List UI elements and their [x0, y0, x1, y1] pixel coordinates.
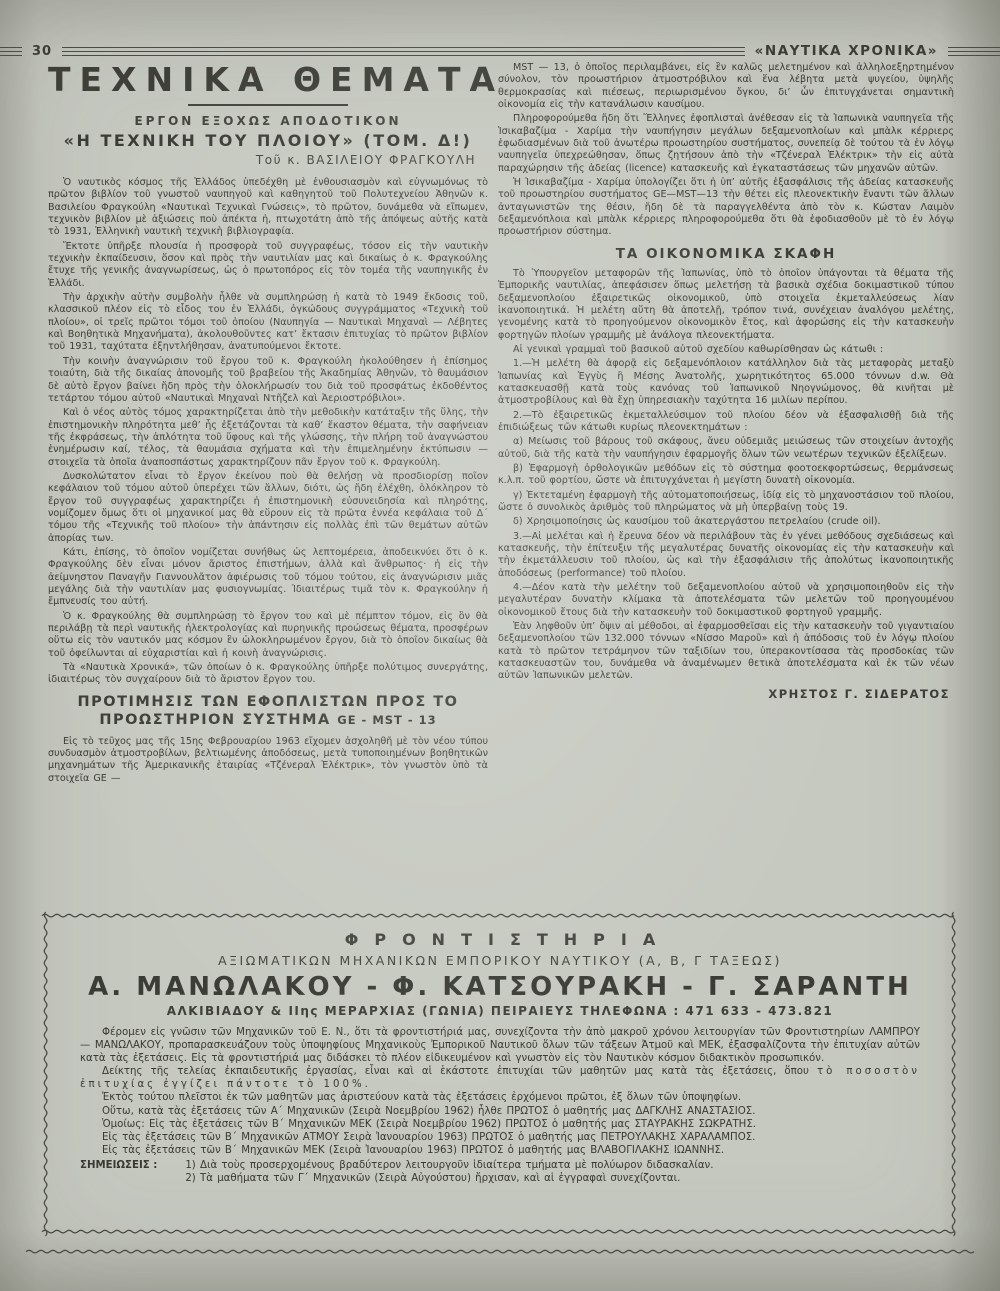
article-paragraph: Ἐὰν ληφθοῦν ὑπ’ ὄψιν αἱ μέθοδοι, αἱ ἐφαρ… — [498, 621, 954, 683]
article-paragraph: Κάτι, ἐπίσης, τὸ ὁποῖον νομίζεται συνήθω… — [48, 547, 488, 609]
article-paragraph: MST — 13, ὁ ὁποῖος περιλαμβάνει, εἰς ἓν … — [498, 62, 954, 111]
ad-border-right — [950, 912, 958, 1236]
header-rule-left — [0, 47, 22, 56]
header-rule-right — [948, 47, 1000, 56]
magazine-page: 30 «ΝΑΥΤΙΚΑ ΧΡΟΝΙΚΑ» ΤΕΧΝΙΚΑ ΘΕΜΑΤΑ ΕΡΓΟ… — [0, 0, 1000, 1291]
ad-subtitle: ΑΞΙΩΜΑΤΙΚΩΝ ΜΗΧΑΝΙΚΩΝ ΕΜΠΟΡΙΚΟΥ ΝΑΥΤΙΚΟΥ… — [80, 953, 920, 968]
system-code: GE - MST - 13 — [337, 713, 436, 727]
article-paragraph: Δυσκολώτατον εἶναι τὸ ἔργον ἐκείνου ποὺ … — [48, 471, 488, 545]
ad-border-top — [42, 912, 958, 920]
article-paragraph: δ) Χρησιμοποίησις ὡς καυσίμου τοῦ ἀκατερ… — [498, 516, 954, 528]
ad-border-left — [42, 912, 50, 1236]
ad-paragraph: Εἰς τὰς ἐξετάσεις τῶν Β΄ Μηχανικῶν ΜΕΚ (… — [80, 1144, 920, 1157]
ad-header: ΦΡΟΝΤΙΣΤΗΡΙΑ ΑΞΙΩΜΑΤΙΚΩΝ ΜΗΧΑΝΙΚΩΝ ΕΜΠΟΡ… — [80, 930, 920, 1018]
ad-title: ΦΡΟΝΤΙΣΤΗΡΙΑ — [80, 930, 920, 949]
article-paragraph: γ) Ἐκτεταμένη ἐφαρμογὴ τῆς αὐτοματοποιήσ… — [498, 490, 954, 515]
ad-content: ΦΡΟΝΤΙΣΤΗΡΙΑ ΑΞΙΩΜΑΤΙΚΩΝ ΜΗΧΑΝΙΚΩΝ ΕΜΠΟΡ… — [54, 920, 946, 1228]
article-paragraph: Πληροφορούμεθα ἤδη ὅτι Ἕλληνες ἐφοπλιστα… — [498, 113, 954, 175]
ad-notes: ΣΗΜΕΙΩΣΕΙΣ : 1) Διὰ τοὺς προσερχομένους … — [80, 1159, 920, 1185]
running-head: 30 «ΝΑΥΤΙΚΑ ΧΡΟΝΙΚΑ» — [0, 42, 1000, 60]
left-column: ΤΕΧΝΙΚΑ ΘΕΜΑΤΑ ΕΡΓΟΝ ΕΞΟΧΩΣ ΑΠΟΔΟΤΙΚΟΝ «… — [48, 60, 488, 787]
ad-paragraph: Οὕτω, κατὰ τὰς ἐξετάσεις τῶν Α΄ Μηχανικῶ… — [80, 1105, 920, 1118]
article-paragraph: 2.—Τὸ ἐξαιρετικῶς ἐκμεταλλεύσιμον τοῦ πλ… — [498, 410, 954, 435]
ad-paragraph: Εἰς τὰς ἐξετάσεις τῶν Β΄ Μηχανικῶν ΑΤΜΟΥ… — [80, 1131, 920, 1144]
ad-address-phones: ΑΛΚΙΒΙΑΔΟΥ & ΙΙης ΜΕΡΑΡΧΙΑΣ (ΓΩΝΙΑ) ΠΕΙΡ… — [80, 1004, 920, 1018]
article-paragraph: Τὴν ἀρχικὴν αὐτὴν συμβολὴν ἦλθε νὰ συμπλ… — [48, 292, 488, 354]
article-paragraph: 4.—Δέον κατὰ τὴν μελέτην τοῦ δεξαμενοπλο… — [498, 582, 954, 619]
ad-paragraph: Δείκτης τῆς τελείας ἐκπαιδευτικῆς ἐργασί… — [80, 1065, 920, 1091]
ad-paragraph: Ἐκτὸς τούτου πλεῖστοι ἐκ τῶν μαθητῶν μας… — [80, 1091, 920, 1104]
article-paragraph: Ὁ κ. Φραγκούλης θὰ συμπληρώσῃ τὸ ἔργον τ… — [48, 611, 488, 660]
article-paragraph: Ὁ ναυτικὸς κόσμος τῆς Ἑλλάδος ὑπεδέχθη μ… — [48, 177, 488, 239]
magazine-masthead: «ΝΑΥΤΙΚΑ ΧΡΟΝΙΚΑ» — [755, 43, 938, 59]
article-byline: Τοῦ κ. ΒΑΣΙΛΕΙΟΥ ΦΡΑΓΚΟΥΛΗ — [48, 153, 488, 167]
ad-note: 1) Διὰ τοὺς προσερχομένους βραδύτερον λε… — [163, 1159, 713, 1172]
bottom-wavy-rule — [26, 1248, 974, 1256]
article-paragraph: Ἡ Ἰσικαβαζίμα - Χαρίμα ὑπολογίζει ὅτι ἡ … — [498, 177, 954, 239]
article-kicker: ΕΡΓΟΝ ΕΞΟΧΩΣ ΑΠΟΔΟΤΙΚΟΝ — [48, 114, 488, 128]
subheading-propulsion-system: ΠΡΟΤΙΜΗΣΙΣ ΤΩΝ ΕΦΟΠΛΙΣΤΩΝ ΠΡΟΣ ΤΟ ΠΡΟΩΣΤ… — [48, 693, 488, 730]
ad-notes-label: ΣΗΜΕΙΩΣΕΙΣ : — [80, 1159, 157, 1185]
title-rule — [188, 104, 348, 106]
article-paragraph: Τὸ Ὑπουργεῖον μεταφορῶν τῆς Ἰαπωνίας, ὑπ… — [498, 268, 954, 342]
article-paragraph: β) Ἐφαρμογὴ ὀρθολογικῶν μεθόδων εἰς τὸ σ… — [498, 463, 954, 488]
author-signature: ΧΡΗΣΤΟΣ Γ. ΣΙΔΕΡΑΤΟΣ — [498, 687, 954, 701]
ad-body: Φέρομεν εἰς γνῶσιν τῶν Μηχανικῶν τοῦ Ε. … — [80, 1026, 920, 1185]
article-paragraph: Τὰ «Ναυτικὰ Χρονικά», τῶν ὁποίων ὁ κ. Φρ… — [48, 662, 488, 687]
article-paragraph: Αἱ γενικαὶ γραμμαὶ τοῦ βασικοῦ αὐτοῦ σχε… — [498, 344, 954, 356]
article-title: «Η ΤΕΧΝΙΚΗ ΤΟΥ ΠΛΟΙΟΥ» (ΤΟΜ. Δ!) — [48, 131, 488, 150]
article-paragraph: Εἰς τὸ τεῦχος μας τῆς 15ης Φεβρουαρίου 1… — [48, 736, 488, 785]
article-paragraph: Ἔκτοτε ὑπῆρξε πλουσία ἡ προσφορὰ τοῦ συγ… — [48, 241, 488, 290]
article-paragraph: Καὶ ὁ νέος αὐτὸς τόμος χαρακτηρίζεται ἀπ… — [48, 407, 488, 469]
ad-paragraph: Ὁμοίως: Εἰς τὰς ἐξετάσεις τῶν Β΄ Μηχανικ… — [80, 1118, 920, 1131]
subheading-economic-hulls: ΤΑ ΟΙΚΟΝΟΜΙΚΑ ΣΚΑΦΗ — [498, 246, 954, 262]
article-paragraph: 3.—Αἱ μελέται καὶ ἡ ἔρευνα δέον νὰ περιλ… — [498, 531, 954, 580]
article-head: ΤΕΧΝΙΚΑ ΘΕΜΑΤΑ ΕΡΓΟΝ ΕΞΟΧΩΣ ΑΠΟΔΟΤΙΚΟΝ «… — [48, 60, 488, 167]
tutoring-school-advertisement: ΦΡΟΝΤΙΣΤΗΡΙΑ ΑΞΙΩΜΑΤΙΚΩΝ ΜΗΧΑΝΙΚΩΝ ΕΜΠΟΡ… — [42, 912, 958, 1236]
ad-proprietor-names: Α. ΜΑΝΩΛΑΚΟΥ - Φ. ΚΑΤΣΟΥΡΑΚΗ - Γ. ΣΑΡΑΝΤ… — [80, 972, 920, 1002]
ad-paragraph: Φέρομεν εἰς γνῶσιν τῶν Μηχανικῶν τοῦ Ε. … — [80, 1026, 920, 1065]
article-paragraph: Τὴν κοινὴν ἀναγνώρισιν τοῦ ἔργου τοῦ κ. … — [48, 356, 488, 405]
article-paragraph: 1.—Ἡ μελέτη θὰ ἀφορᾷ εἰς δεξαμενόπλοιον … — [498, 358, 954, 407]
right-column: MST — 13, ὁ ὁποῖος περιλαμβάνει, εἰς ἓν … — [498, 62, 954, 701]
page-number: 30 — [32, 44, 52, 59]
header-rule-center — [62, 47, 745, 56]
section-title: ΤΕΧΝΙΚΑ ΘΕΜΑΤΑ — [48, 60, 488, 99]
ad-note: 2) Τὰ μαθήματα τῶν Γ΄ Μηχανικῶν (Σειρὰ Α… — [163, 1172, 713, 1185]
article-paragraph: α) Μείωσις τοῦ βάρους τοῦ σκάφους, ἄνευ … — [498, 436, 954, 461]
ad-border-bottom — [42, 1228, 958, 1236]
